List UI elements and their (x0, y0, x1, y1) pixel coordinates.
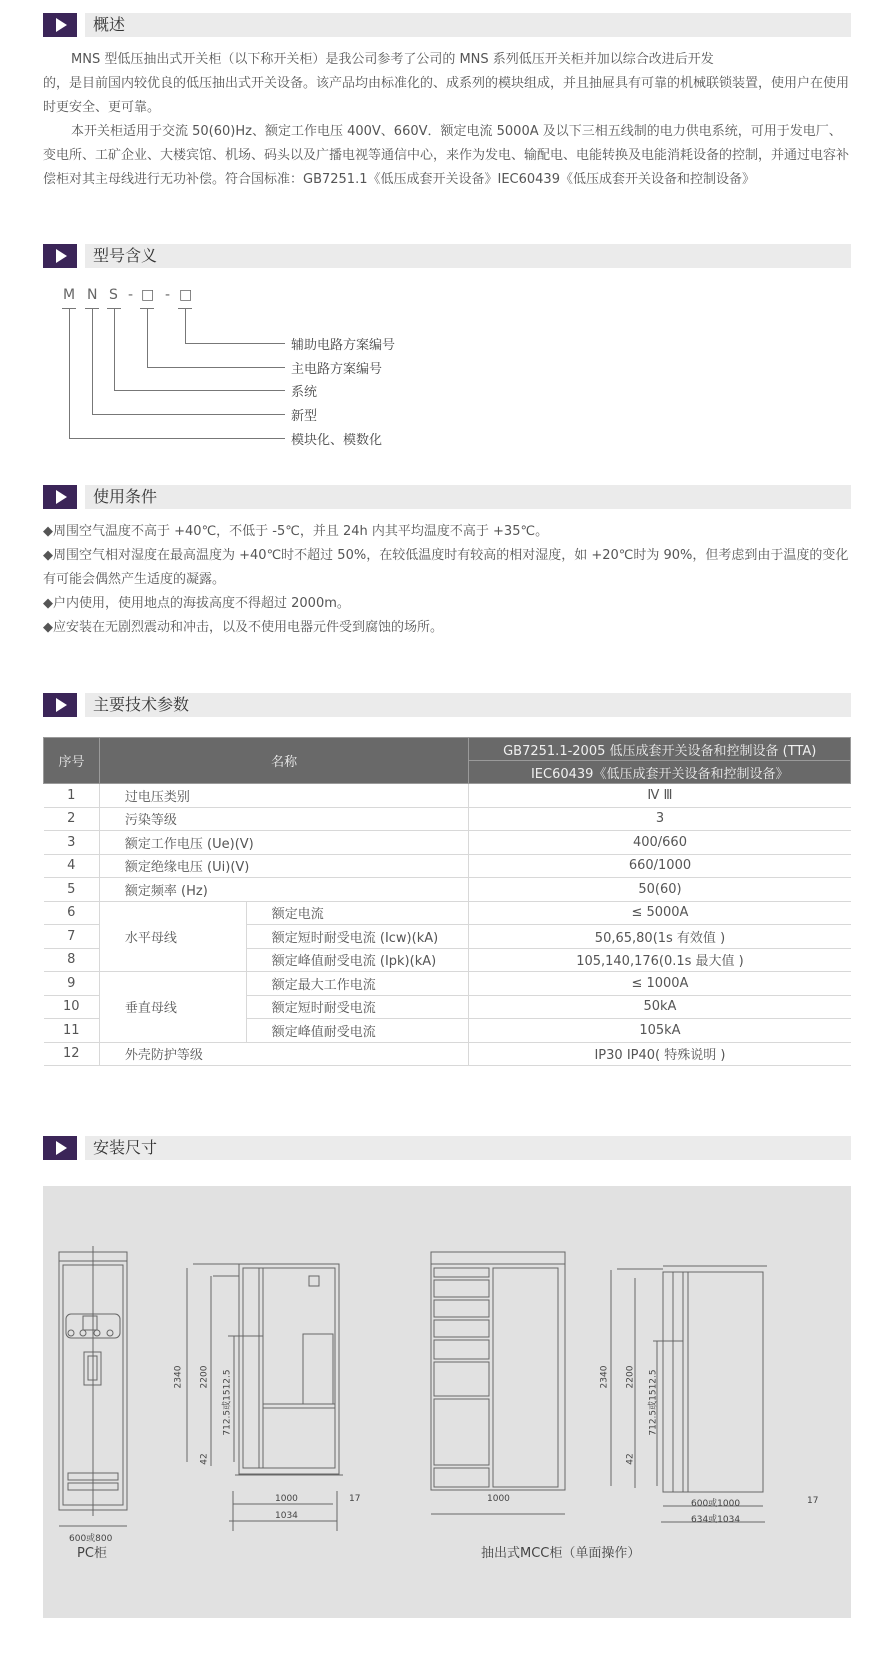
section-title: 安装尺寸 (93, 1138, 157, 1158)
table-row: 3 额定工作电压 (Ue)(V) 400/660 (44, 831, 851, 855)
dim-label: 712.5或1512.5 (646, 1369, 659, 1435)
play-triangle-icon (43, 244, 77, 268)
play-triangle-icon (43, 485, 77, 509)
model-dash: - (165, 287, 170, 303)
cell-name: 过电压类别 (99, 784, 469, 808)
table-header-row: 序号 名称 GB7251.1-2005 低压成套开关设备和控制设备 (TTA) (44, 738, 851, 761)
cell-name: 额定绝缘电压 (Ui)(V) (99, 854, 469, 878)
dim-label: 1000 (275, 1494, 298, 1504)
play-triangle-icon (43, 1136, 77, 1160)
model-letter: N (87, 287, 97, 303)
dim-label: 17 (349, 1494, 360, 1504)
model-letter: S (109, 287, 118, 303)
mcc-cabinet-front (431, 1252, 565, 1514)
header-bar (85, 13, 851, 37)
cell-name: 外壳防护等级 (99, 1042, 469, 1066)
section-header-specs: 主要技术参数 (43, 693, 851, 717)
paragraph: MNS 型低压抽出式开关柜（以下称开关柜）是我公司参考了公司的 MNS 系列低压… (43, 48, 851, 72)
table-row: 12 外壳防护等级 IP30 IP40( 特殊说明 ) (44, 1042, 851, 1066)
header-no: 序号 (44, 738, 100, 784)
section-title: 概述 (93, 15, 125, 35)
table-row: 1 过电压类别 Ⅳ Ⅲ (44, 784, 851, 808)
header-std1: GB7251.1-2005 低压成套开关设备和控制设备 (TTA) (469, 738, 851, 761)
cell-value: 50,65,80(1s 有效值 ) (469, 925, 851, 949)
header-name: 名称 (99, 738, 469, 784)
dim-label: 2340 (599, 1366, 609, 1389)
dim-label: 2200 (625, 1366, 635, 1389)
dim-label: 17 (807, 1496, 818, 1506)
model-label: 辅助电路方案编号 (291, 334, 395, 353)
table-row: 2 污染等级 3 (44, 807, 851, 831)
cell-value: ≤ 1000A (469, 972, 851, 996)
section-title: 型号含义 (93, 246, 157, 266)
list-item: ◆应安装在无剧烈震动和冲击，以及不使用电器元件受到腐蚀的场所。 (43, 616, 851, 640)
cell-group: 水平母线 (99, 901, 246, 972)
cell-no: 7 (44, 925, 100, 949)
paragraph: 的，是目前国内较优良的低压抽出式开关设备。该产品均由标准化的、成系列的模块组成，… (43, 72, 851, 120)
cell-name: 额定最大工作电流 (246, 972, 469, 996)
table-row: 9 垂直母线 额定最大工作电流 ≤ 1000A (44, 972, 851, 996)
cell-name: 额定短时耐受电流 (246, 995, 469, 1019)
dim-label: 2340 (173, 1366, 183, 1389)
dim-label: 42 (200, 1453, 210, 1464)
list-item: ◆周围空气相对湿度在最高温度为 +40℃时不超过 50%，在较低温度时有较高的相… (43, 544, 851, 592)
section-header-install: 安装尺寸 (43, 1136, 851, 1160)
cell-name: 额定峰值耐受电流 (Ipk)(kA) (246, 948, 469, 972)
cell-name: 额定峰值耐受电流 (246, 1019, 469, 1043)
cell-value: 660/1000 (469, 854, 851, 878)
cell-value: IP30 IP40( 特殊说明 ) (469, 1042, 851, 1066)
cell-no: 4 (44, 854, 100, 878)
header-bar (85, 1136, 851, 1160)
cell-name: 额定电流 (246, 901, 469, 925)
table-row: 4 额定绝缘电压 (Ui)(V) 660/1000 (44, 854, 851, 878)
cell-no: 3 (44, 831, 100, 855)
cell-value: Ⅳ Ⅲ (469, 784, 851, 808)
table-row: 5 额定频率 (Hz) 50(60) (44, 878, 851, 902)
header-bar (85, 485, 851, 509)
pc-cabinet-side (187, 1264, 343, 1531)
model-box: □ (179, 287, 192, 303)
cell-value: 3 (469, 807, 851, 831)
model-label: 模块化、模数化 (291, 429, 382, 448)
dim-label: 1000 (487, 1494, 510, 1504)
cell-no: 10 (44, 995, 100, 1019)
model-diagram: M N S - □ - □ 辅助电路方案编号 主电路方案编号 系统 新型 模块化… (43, 287, 463, 467)
caption-pc: PC柜 (77, 1542, 107, 1561)
cell-value: 105,140,176(0.1s 最大值 ) (469, 948, 851, 972)
cell-no: 2 (44, 807, 100, 831)
header-bar (85, 244, 851, 268)
caption-mcc: 抽出式MCC柜（单面操作） (481, 1542, 640, 1561)
cell-value: 400/660 (469, 831, 851, 855)
header-std2: IEC60439《低压成套开关设备和控制设备》 (469, 761, 851, 784)
cell-no: 9 (44, 972, 100, 996)
cell-group: 垂直母线 (99, 972, 246, 1043)
section-title: 主要技术参数 (93, 695, 189, 715)
cell-value: ≤ 5000A (469, 901, 851, 925)
dim-label: 42 (626, 1453, 636, 1464)
section-header-model: 型号含义 (43, 244, 851, 268)
paragraph: 本开关柜适用于交流 50(60)Hz、额定工作电压 400V、660V．额定电流… (43, 120, 851, 192)
dim-label: 634或1034 (691, 1512, 740, 1525)
table-row: 6 水平母线 额定电流 ≤ 5000A (44, 901, 851, 925)
overview-text: MNS 型低压抽出式开关柜（以下称开关柜）是我公司参考了公司的 MNS 系列低压… (43, 48, 851, 192)
model-box: □ (141, 287, 154, 303)
dim-label: 600或1000 (691, 1496, 740, 1509)
list-item: ◆户内使用，使用地点的海拔高度不得超过 2000m。 (43, 592, 851, 616)
model-label: 主电路方案编号 (291, 358, 382, 377)
spec-table: 序号 名称 GB7251.1-2005 低压成套开关设备和控制设备 (TTA) … (43, 737, 851, 1066)
mcc-cabinet-side (611, 1266, 767, 1522)
pc-cabinet-front (59, 1246, 127, 1526)
conditions-list: ◆周围空气温度不高于 +40℃，不低于 -5℃，并且 24h 内其平均温度不高于… (43, 520, 851, 640)
cell-no: 1 (44, 784, 100, 808)
installation-drawing: 600或800 1000 1034 17 1000 600或1000 634或1… (43, 1186, 851, 1618)
cell-no: 12 (44, 1042, 100, 1066)
cell-no: 6 (44, 901, 100, 925)
cell-name: 额定工作电压 (Ue)(V) (99, 831, 469, 855)
cell-value: 50kA (469, 995, 851, 1019)
play-triangle-icon (43, 13, 77, 37)
header-bar (85, 693, 851, 717)
cell-no: 11 (44, 1019, 100, 1043)
dim-label: 2200 (199, 1366, 209, 1389)
model-label: 新型 (291, 405, 317, 424)
list-item: ◆周围空气温度不高于 +40℃，不低于 -5℃，并且 24h 内其平均温度不高于… (43, 520, 851, 544)
section-title: 使用条件 (93, 487, 157, 507)
model-dash: - (128, 287, 133, 303)
cell-no: 8 (44, 948, 100, 972)
cabinet-drawings (43, 1186, 851, 1618)
cell-name: 额定频率 (Hz) (99, 878, 469, 902)
cell-name: 污染等级 (99, 807, 469, 831)
dim-label: 1034 (275, 1511, 298, 1521)
section-header-conditions: 使用条件 (43, 485, 851, 509)
cell-value: 105kA (469, 1019, 851, 1043)
dim-label: 712.5或1512.5 (220, 1369, 233, 1435)
model-letter: M (63, 287, 75, 303)
cell-value: 50(60) (469, 878, 851, 902)
play-triangle-icon (43, 693, 77, 717)
cell-name: 额定短时耐受电流 (Icw)(kA) (246, 925, 469, 949)
model-label: 系统 (291, 381, 317, 400)
cell-no: 5 (44, 878, 100, 902)
section-header-overview: 概述 (43, 13, 851, 37)
